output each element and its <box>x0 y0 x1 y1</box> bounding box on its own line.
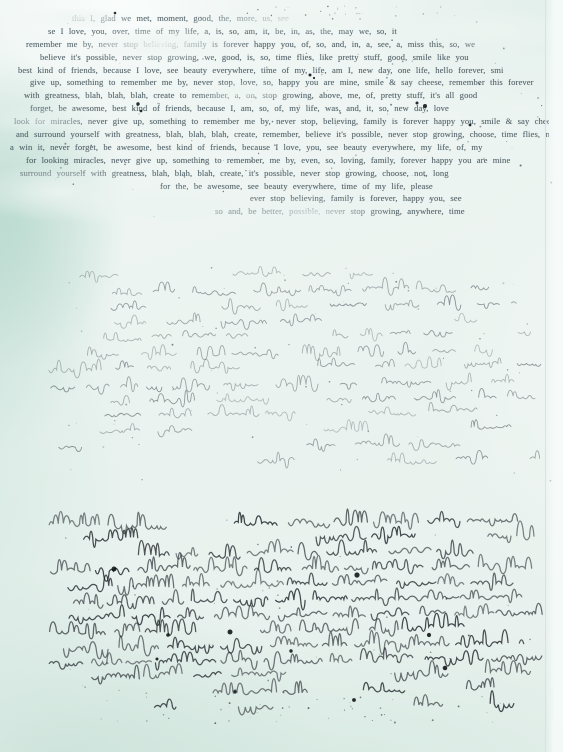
handwriting-layer <box>0 0 563 752</box>
ink-blot <box>469 124 472 127</box>
ink-blot <box>228 630 233 635</box>
ink-blot <box>166 633 170 637</box>
ink-blot <box>427 633 431 637</box>
paper-edge-strip <box>545 0 563 752</box>
ink-blot <box>140 110 143 113</box>
ink-blot <box>156 658 159 661</box>
ink-blot <box>112 567 117 572</box>
ink-blot <box>423 104 427 108</box>
scanned-paper: this I, glad we met, moment, good, the, … <box>0 0 563 752</box>
ink-blot-spots <box>112 12 472 702</box>
ink-blot <box>289 649 292 652</box>
bottom-handwriting-band <box>48 506 544 716</box>
ink-blot <box>354 572 359 577</box>
ink-blot <box>233 690 236 693</box>
ink-blot <box>313 77 315 79</box>
ink-blot <box>443 666 448 671</box>
ink-blot <box>114 12 117 15</box>
ink-blot <box>352 698 356 702</box>
ink-blot <box>309 74 312 77</box>
ink-blot <box>136 102 139 105</box>
middle-handwriting-band <box>48 263 542 471</box>
ink-blot <box>416 102 419 105</box>
